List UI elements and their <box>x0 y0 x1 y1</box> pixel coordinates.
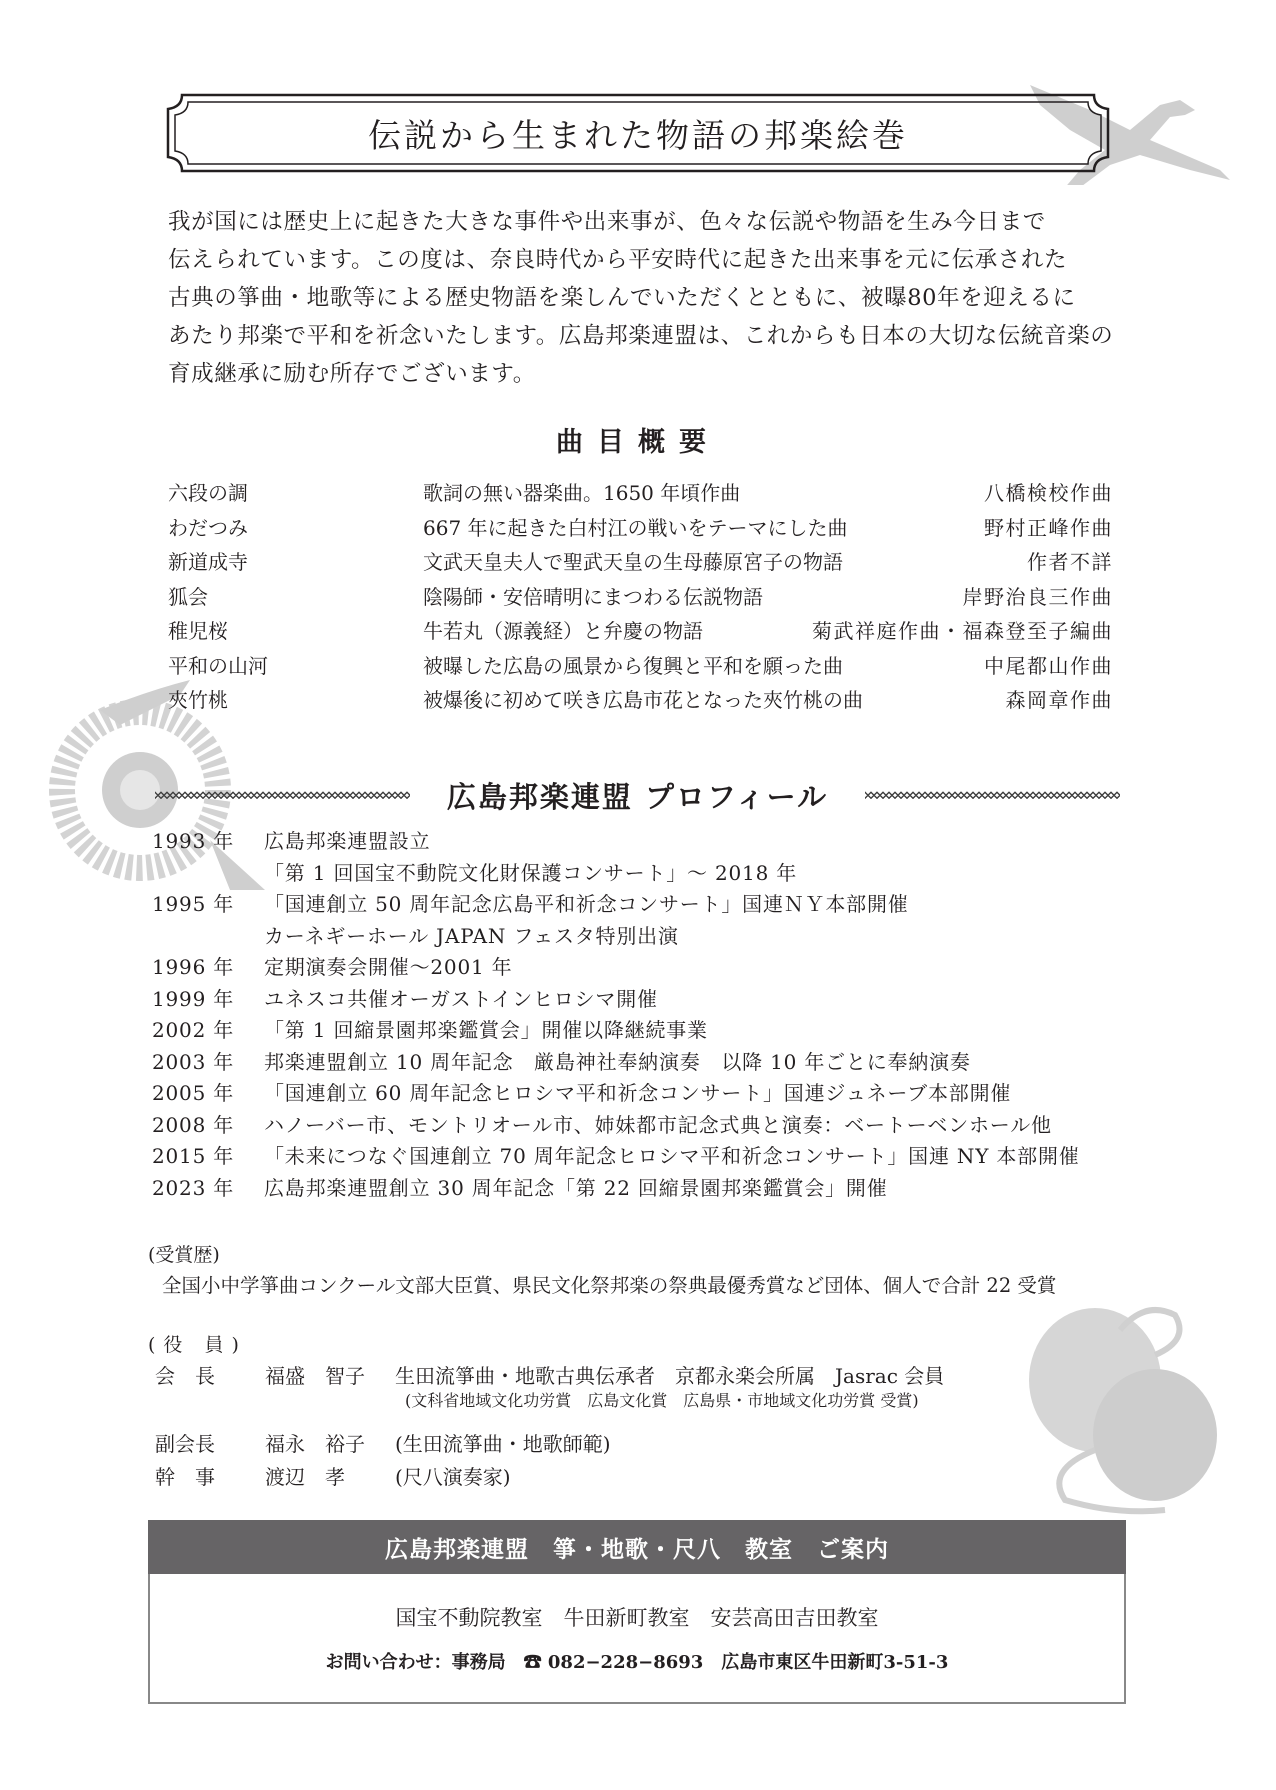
song-composer: 岸野治良三作曲 <box>963 580 1114 615</box>
history-year: 1999 年 <box>152 984 252 1016</box>
song-list: 六段の調 歌詞の無い器楽曲。1650 年頃作曲 八橋検校作曲 わだつみ 667 … <box>168 476 1113 718</box>
history-year: 1996 年 <box>152 952 252 984</box>
history-row: 2015 年「未来につなぐ国連創立 70 周年記念ヒロシマ平和祈念コンサート」国… <box>152 1141 1142 1173</box>
song-name: わだつみ <box>168 511 248 546</box>
title-banner: 伝説から生まれた物語の邦楽絵巻 <box>166 93 1110 173</box>
song-composer: 作者不詳 <box>1027 545 1113 580</box>
zigzag-divider-left <box>155 791 410 799</box>
officer-description: (尺八演奏家) <box>395 1461 511 1490</box>
song-description: 667 年に起きた白村江の戦いをテーマにした曲 <box>423 511 848 546</box>
history-text: 「第 1 回縮景園邦楽鑑賞会」開催以降継続事業 <box>264 1015 708 1047</box>
song-description: 被曝した広島の風景から復興と平和を願った曲 <box>423 649 843 684</box>
intro-line: 我が国には歴史上に起きた大きな事件や出来事が、色々な伝説や物語を生み今日まで <box>168 203 1118 241</box>
intro-line: 育成継承に励む所存でございます。 <box>168 355 1118 393</box>
history-text: ユネスコ共催オーガストインヒロシマ開催 <box>264 984 658 1016</box>
history-year: 1995 年 <box>152 889 252 921</box>
contact-label: お問い合わせ：事務局 <box>326 1652 506 1673</box>
history-row: 2002 年「第 1 回縮景園邦楽鑑賞会」開催以降継続事業 <box>152 1015 1142 1047</box>
officer-note: (文科省地域文化功労賞 広島文化賞 広島県・市地域文化功労賞 受賞) <box>405 1388 919 1411</box>
contact-line: お問い合わせ：事務局 ☎ 082−228−8693 広島市東区牛田新町3-51-… <box>150 1648 1124 1674</box>
profile-heading: 広島邦楽連盟 プロフィール <box>447 775 828 816</box>
history-row: 1993 年広島邦楽連盟設立 <box>152 826 1142 858</box>
history-row: 1999 年ユネスコ共催オーガストインヒロシマ開催 <box>152 984 1142 1016</box>
history-text: 広島邦楽連盟設立 <box>264 826 430 858</box>
song-description: 牛若丸（源義経）と弁慶の物語 <box>423 614 703 649</box>
history-text: 「国連創立 50 周年記念広島平和祈念コンサート」国連ＮＹ本部開催 <box>264 889 909 921</box>
program-heading: 曲目概要 <box>0 420 1276 459</box>
officer-description: 生田流箏曲・地歌古典伝承者 京都永楽会所属 Jasrac 会員 <box>395 1360 944 1389</box>
song-row: 六段の調 歌詞の無い器楽曲。1650 年頃作曲 八橋検校作曲 <box>168 476 1113 511</box>
page-title: 伝説から生まれた物語の邦楽絵巻 <box>166 93 1110 173</box>
song-row: 夾竹桃 被爆後に初めて咲き広島市花となった夾竹桃の曲 森岡章作曲 <box>168 683 1113 718</box>
history-row: 2005 年「国連創立 60 周年記念ヒロシマ平和祈念コンサート」国連ジュネーブ… <box>152 1078 1142 1110</box>
temari-decoration-icon <box>1025 1300 1225 1520</box>
phone-number: 082−228−8693 <box>548 1652 703 1673</box>
classes-heading: 広島邦楽連盟 箏・地歌・尺八 教室 ご案内 <box>148 1520 1126 1574</box>
officer-role: 副会長 <box>155 1428 215 1457</box>
history-row: 2003 年邦楽連盟創立 10 周年記念 厳島神社奉納演奏 以降 10 年ごとに… <box>152 1047 1142 1079</box>
song-row: 稚児桜 牛若丸（源義経）と弁慶の物語 菊武祥庭作曲・福森登至子編曲 <box>168 614 1113 649</box>
zigzag-divider-right <box>865 791 1120 799</box>
song-name: 稚児桜 <box>168 614 228 649</box>
officer-role: 会 長 <box>155 1360 215 1389</box>
song-composer: 菊武祥庭作曲・福森登至子編曲 <box>812 614 1113 649</box>
song-description: 被爆後に初めて咲き広島市花となった夾竹桃の曲 <box>423 683 863 718</box>
history-text: 「未来につなぐ国連創立 70 周年記念ヒロシマ平和祈念コンサート」国連 NY 本… <box>264 1141 1080 1173</box>
history-text: ハノーバー市、モントリオール市、姉妹都市記念式典と演奏：ベートーベンホール他 <box>264 1110 1052 1142</box>
history-text: 「国連創立 60 周年記念ヒロシマ平和祈念コンサート」国連ジュネーブ本部開催 <box>264 1078 1011 1110</box>
history-year: 2002 年 <box>152 1015 252 1047</box>
song-name: 新道成寺 <box>168 545 248 580</box>
history-year: 2003 年 <box>152 1047 252 1079</box>
history-year: 1993 年 <box>152 826 252 858</box>
awards-text: 全国小中学箏曲コンクール文部大臣賞、県民文化祭邦楽の祭典最優秀賞など団体、個人で… <box>162 1270 1056 1298</box>
intro-line: 伝えられています。この度は、奈良時代から平安時代に起きた出来事を元に伝承された <box>168 241 1118 279</box>
history-year: 2015 年 <box>152 1141 252 1173</box>
intro-line: 古典の箏曲・地歌等による歴史物語を楽しんでいただくとともに、被曝80年を迎えるに <box>168 279 1118 317</box>
song-description: 歌詞の無い器楽曲。1650 年頃作曲 <box>423 476 740 511</box>
officer-name: 福永 裕子 <box>265 1428 365 1457</box>
song-composer: 八橋検校作曲 <box>984 476 1113 511</box>
history-text: カーネギーホール JAPAN フェスタ特別出演 <box>264 921 679 953</box>
intro-paragraph: 我が国には歴史上に起きた大きな事件や出来事が、色々な伝説や物語を生み今日まで 伝… <box>168 203 1118 393</box>
history-text: 邦楽連盟創立 10 周年記念 厳島神社奉納演奏 以降 10 年ごとに奉納演奏 <box>264 1047 971 1079</box>
song-description: 文武天皇夫人で聖武天皇の生母藤原宮子の物語 <box>423 545 843 580</box>
history-text: 定期演奏会開催～2001 年 <box>264 952 512 984</box>
song-row: 平和の山河 被曝した広島の風景から復興と平和を願った曲 中尾都山作曲 <box>168 649 1113 684</box>
profile-heading-row: 広島邦楽連盟 プロフィール <box>155 770 1120 820</box>
song-composer: 森岡章作曲 <box>1006 683 1114 718</box>
song-composer: 中尾都山作曲 <box>984 649 1113 684</box>
officer-name: 福盛 智子 <box>265 1360 365 1389</box>
history-year: 2005 年 <box>152 1078 252 1110</box>
song-name: 六段の調 <box>168 476 248 511</box>
officer-role: 幹 事 <box>155 1461 215 1490</box>
intro-line: あたり邦楽で平和を祈念いたします。広島邦楽連盟は、これからも日本の大切な伝統音楽… <box>168 317 1118 355</box>
song-description: 陰陽師・安倍晴明にまつわる伝説物語 <box>423 580 763 615</box>
phone-icon: ☎ <box>524 1652 542 1673</box>
song-name: 夾竹桃 <box>168 683 228 718</box>
officer-description: (生田流箏曲・地歌師範) <box>395 1428 611 1457</box>
classes-list: 国宝不動院教室 牛田新町教室 安芸高田吉田教室 <box>150 1602 1124 1632</box>
history-year: 2023 年 <box>152 1173 252 1205</box>
song-row: わだつみ 667 年に起きた白村江の戦いをテーマにした曲 野村正峰作曲 <box>168 511 1113 546</box>
officer-name: 渡辺 孝 <box>265 1461 345 1490</box>
history-row: 「第 1 回国宝不動院文化財保護コンサート」～ 2018 年 <box>152 858 1142 890</box>
classes-info-box: 広島邦楽連盟 箏・地歌・尺八 教室 ご案内 国宝不動院教室 牛田新町教室 安芸高… <box>148 1520 1126 1704</box>
officers-label: (役 員) <box>148 1330 247 1357</box>
history-list: 1993 年広島邦楽連盟設立 「第 1 回国宝不動院文化財保護コンサート」～ 2… <box>152 826 1142 1204</box>
history-text: 「第 1 回国宝不動院文化財保護コンサート」～ 2018 年 <box>264 858 797 890</box>
history-row: 1996 年定期演奏会開催～2001 年 <box>152 952 1142 984</box>
song-name: 平和の山河 <box>168 649 268 684</box>
song-name: 狐会 <box>168 580 208 615</box>
address: 広島市東区牛田新町3-51-3 <box>721 1652 948 1673</box>
song-row: 狐会 陰陽師・安倍晴明にまつわる伝説物語 岸野治良三作曲 <box>168 580 1113 615</box>
awards-label: (受賞歴) <box>148 1240 220 1267</box>
history-row: 2008 年ハノーバー市、モントリオール市、姉妹都市記念式典と演奏：ベートーベン… <box>152 1110 1142 1142</box>
history-row: 2023 年広島邦楽連盟創立 30 周年記念「第 22 回縮景園邦楽鑑賞会」開催 <box>152 1173 1142 1205</box>
history-row: 1995 年「国連創立 50 周年記念広島平和祈念コンサート」国連ＮＹ本部開催 <box>152 889 1142 921</box>
song-row: 新道成寺 文武天皇夫人で聖武天皇の生母藤原宮子の物語 作者不詳 <box>168 545 1113 580</box>
history-text: 広島邦楽連盟創立 30 周年記念「第 22 回縮景園邦楽鑑賞会」開催 <box>264 1173 888 1205</box>
history-year: 2008 年 <box>152 1110 252 1142</box>
history-row: カーネギーホール JAPAN フェスタ特別出演 <box>152 921 1142 953</box>
song-composer: 野村正峰作曲 <box>984 511 1113 546</box>
